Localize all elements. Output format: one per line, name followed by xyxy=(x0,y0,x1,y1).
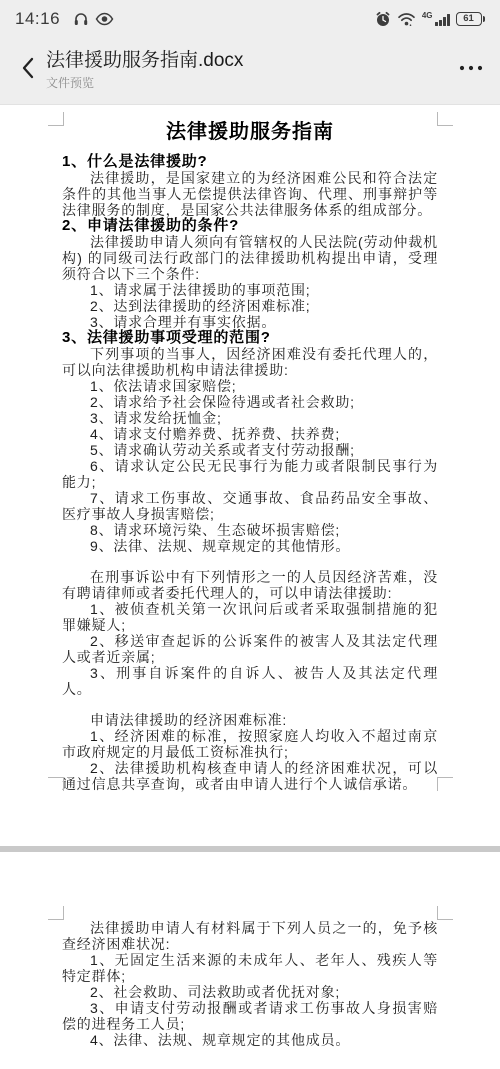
doc-para: 2、达到法律援助的经济困难标准; xyxy=(62,298,438,314)
doc-heading: 1、什么是法律援助? xyxy=(62,154,438,170)
file-title: 法律援助服务指南.docx xyxy=(46,45,450,72)
text-boundary-mark xyxy=(48,906,64,920)
doc-para: 1、请求属于法律援助的事项范围; xyxy=(62,282,438,298)
doc-para: 申请法律援助的经济困难标准: xyxy=(62,712,438,728)
signal-icon: 4G xyxy=(422,12,450,26)
status-bar: 14:16 xyxy=(0,0,500,38)
chevron-left-icon xyxy=(21,57,34,79)
doc-para: 3、请求发给抚恤金; xyxy=(62,410,438,426)
doc-para: 2、请求给予社会保险待遇或者社会救助; xyxy=(62,394,438,410)
text-boundary-mark xyxy=(437,906,453,920)
doc-para: 3、刑事自诉案件的自诉人、被告人及其法定代理人。 xyxy=(62,665,438,697)
doc-para: 1、依法请求国家赔偿; xyxy=(62,378,438,394)
doc-para: 9、法律、法规、规章规定的其他情形。 xyxy=(62,538,438,554)
battery-icon: 61 xyxy=(456,12,486,26)
doc-para: 1、被侦查机关第一次讯问后或者采取强制措施的犯罪嫌疑人; xyxy=(62,601,438,633)
doc-para: 下列事项的当事人，因经济困难没有委托代理人的，可以向法律援助机构申请法律援助: xyxy=(62,346,438,378)
doc-heading: 2、申请法律援助的条件? xyxy=(62,218,438,234)
eye-comfort-icon xyxy=(95,12,114,26)
doc-spacer xyxy=(62,554,438,569)
doc-spacer xyxy=(62,697,438,712)
doc-para: 2、移送审查起诉的公诉案件的被害人及其法定代理人或者近亲属; xyxy=(62,633,438,665)
text-boundary-mark xyxy=(437,112,453,126)
document-viewer[interactable]: 法律援助服务指南1、什么是法律援助?法律援助，是国家建立的为经济困难公民和符合法… xyxy=(0,105,500,1069)
file-preview-header: 法律援助服务指南.docx 文件预览 xyxy=(0,38,500,105)
text-boundary-mark xyxy=(48,777,64,791)
doc-para: 法律援助，是国家建立的为经济困难公民和符合法定条件的其他当事人无偿提供法律咨询、… xyxy=(62,170,438,218)
wifi-icon xyxy=(397,12,416,27)
text-boundary-mark xyxy=(48,112,64,126)
back-button[interactable] xyxy=(12,48,42,88)
doc-title: 法律援助服务指南 xyxy=(62,119,438,145)
more-options-button[interactable] xyxy=(450,48,484,88)
doc-page-2: 法律援助申请人有材料属于下列人员之一的，免予核查经济困难状况:1、无固定生活来源… xyxy=(0,852,500,1048)
status-time: 14:16 xyxy=(15,9,60,29)
doc-para: 7、请求工伤事故、交通事故、食品药品安全事故、医疗事故人身损害赔偿; xyxy=(62,490,438,522)
text-boundary-mark xyxy=(437,777,453,791)
doc-para: 3、请求合理并有事实依据。 xyxy=(62,314,438,330)
doc-para: 1、经济困难的标准，按照家庭人均收入不超过南京市政府规定的月最低工资标准执行; xyxy=(62,728,438,760)
alarm-icon xyxy=(375,11,391,27)
doc-para: 2、社会救助、司法救助或者优抚对象; xyxy=(62,984,438,1000)
doc-para: 6、请求认定公民无民事行为能力或者限制民事行为能力; xyxy=(62,458,438,490)
network-type-label: 4G xyxy=(422,12,433,20)
ellipsis-icon xyxy=(458,64,484,72)
doc-para: 4、请求支付赡养费、抚养费、扶养费; xyxy=(62,426,438,442)
doc-para: 法律援助申请人须向有管辖权的人民法院(劳动仲裁机构) 的同级司法行政部门的法律援… xyxy=(62,234,438,282)
doc-para: 5、请求确认劳动关系或者支付劳动报酬; xyxy=(62,442,438,458)
doc-para: 1、无固定生活来源的未成年人、老年人、残疾人等特定群体; xyxy=(62,952,438,984)
file-preview-label: 文件预览 xyxy=(46,74,450,91)
doc-para: 8、请求环境污染、生态破坏损害赔偿; xyxy=(62,522,438,538)
headset-icon xyxy=(73,11,89,27)
battery-percent: 61 xyxy=(463,14,474,24)
doc-para: 3、申请支付劳动报酬或者请求工伤事故人身损害赔偿的进程务工人员; xyxy=(62,1000,438,1032)
doc-para: 在刑事诉讼中有下列情形之一的人员因经济苦难，没有聘请律师或者委托代理人的，可以申… xyxy=(62,569,438,601)
doc-heading: 3、法律援助事项受理的范围? xyxy=(62,330,438,346)
doc-para: 2、法律援助机构核查申请人的经济困难状况，可以通过信息共享查询，或者由申请人进行… xyxy=(62,760,438,792)
signal-bars xyxy=(434,14,450,26)
doc-page-1: 法律援助服务指南1、什么是法律援助?法律援助，是国家建立的为经济困难公民和符合法… xyxy=(0,105,500,846)
doc-para: 4、法律、法规、规章规定的其他成员。 xyxy=(62,1032,438,1048)
doc-para: 法律援助申请人有材料属于下列人员之一的，免予核查经济困难状况: xyxy=(62,920,438,952)
